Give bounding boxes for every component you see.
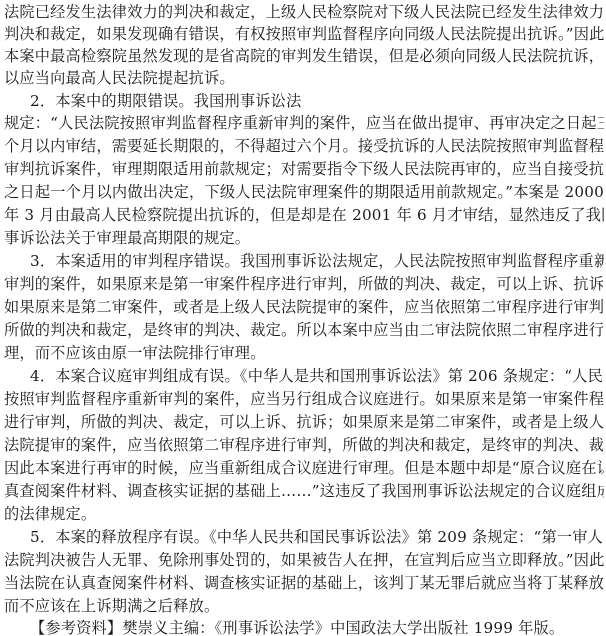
document-page: 法院已经发生法律效力的判决和裁定，上级人民检察院对下级人民法院已经发生法律效力的… bbox=[0, 0, 606, 636]
text-line: 所做的判决和裁定，是终审的判决、裁定。所以本案中应当由二审法院依照二审程序进行审 bbox=[4, 320, 604, 342]
text-line: 按照审判监督程序重新审判的案件，应当另行组成合议庭进行。如果原来是第一审案件程序 bbox=[4, 389, 604, 411]
section-heading-4: 4．本案合议庭审判组成有误。《中华人是共和国刑事诉讼法》第 206 条规定：“人… bbox=[30, 366, 604, 388]
text-line: 之日起一个月以内做出决定，下级人民法院审理案件的期限适用前款规定。”本案是 20… bbox=[4, 182, 604, 204]
section-heading-3: 3．本案适用的审判程序错误。我国刑事诉讼法规定，人民法院按照审判监督程序重新 bbox=[30, 251, 604, 273]
text-line: 年 3 月由最高人民检察院提出抗诉的，但是却是在 2001 年 6 月才审结，显… bbox=[4, 205, 604, 227]
text-line: 审判抗诉案件，审理期限适用前款规定；对需要指令下级人民法院再审的，应当自接受抗诉 bbox=[4, 159, 604, 181]
text-line: 进行审判，所做的判决、裁定，可以上诉、抗诉；如果原来是第二审案件，或者是上级人民 bbox=[4, 412, 604, 434]
text-line: 理，而不应该由原一审法院排行审理。 bbox=[4, 343, 604, 365]
text-line: 法院提审的案件，应当依照第二审程序进行审判，所做的判决和裁定，是终审的判决、裁定… bbox=[4, 435, 604, 457]
text-line: 而不应该在上诉期满之后释放。 bbox=[4, 596, 604, 618]
text-line: 因此本案进行再审的时候，应当重新组成合议庭进行审理。但是本题中却是“原合议庭在认 bbox=[4, 458, 604, 480]
section-heading-2: 2．本案中的期限错误。我国刑事诉讼法 bbox=[30, 91, 604, 113]
text-line: 本案中最高检察院虽然发现的是省高院的审判发生错误，但是必须向同级人民法院抗诉，所 bbox=[4, 46, 604, 68]
text-line: 法院判决被告人无罪、免除刑事处罚的，如果被告人在押，在宣判后应当立即释放。”因此… bbox=[4, 550, 604, 572]
text-line: 判决和裁定，如果发现确有错误，有权按照审判监督程序向同级人民法院提出抗诉。”因此… bbox=[4, 24, 604, 46]
text-line: 审判的案件，如果原来是第一审案件程序进行审判，所做的判决、裁定，可以上诉、抗诉； bbox=[4, 274, 604, 296]
text-line: 法院已经发生法律效力的判决和裁定，上级人民检察院对下级人民法院已经发生法律效力的 bbox=[4, 2, 604, 24]
text-line: 当法院在认真查阅案件材料、调查核实证据的基础上，该判丁某无罪后就应当将丁某释放， bbox=[4, 573, 604, 595]
reference-note: 【参考资料】樊崇义主编：《刑事诉讼法学》中国政法大学出版社 1999 年版。 bbox=[30, 618, 604, 636]
text-line: 规定：“人民法院按照审判监督程序重新审判的案件，应当在做出提审、再审决定之日起三 bbox=[4, 113, 604, 135]
text-line: 的法律规定。 bbox=[4, 504, 604, 526]
text-line: 个月以内审结，需要延长期限的，不得超过六个月。接受抗诉的人民法院按照审判监督程序 bbox=[4, 136, 604, 158]
text-line: 事诉讼法关于审理最高期限的规定。 bbox=[4, 228, 604, 250]
text-line: 以应当向最高人民法院提起抗诉。 bbox=[4, 68, 604, 90]
text-line: 真查阅案件材料、调查核实证据的基础上……”这违反了我国刑事诉讼法规定的合议庭组成 bbox=[4, 481, 604, 503]
text-line: 如果原来是第二审案件，或者是上级人民法院提审的案件，应当依照第二审程序进行审判， bbox=[4, 297, 604, 319]
section-heading-5: 5．本案的释放程序有误。《中华人民共和国民事诉讼法》第 209 条规定：“第一审… bbox=[30, 527, 604, 549]
